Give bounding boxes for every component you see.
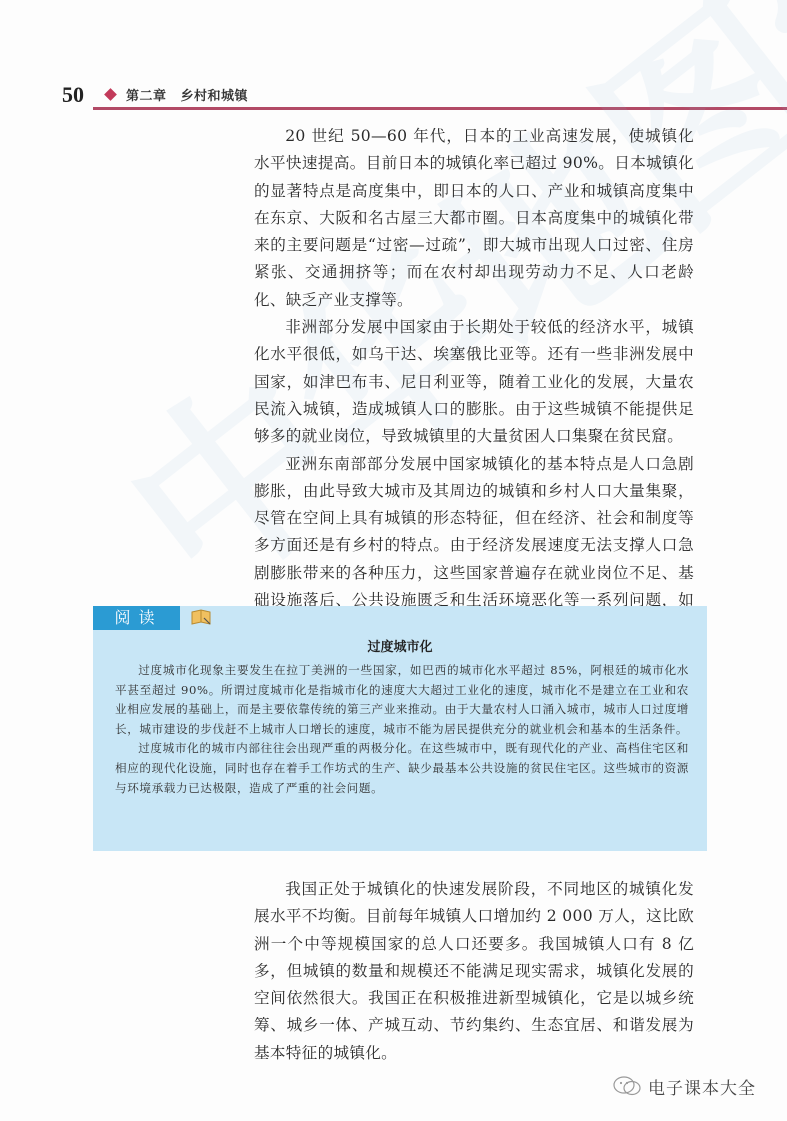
reading-title: 过度城市化: [93, 636, 707, 655]
book-icon: [191, 609, 211, 625]
paragraph-japan: 20 世纪 50—60 年代，日本的工业高速发展，使城镇化水平快速提高。目前日本…: [254, 123, 694, 314]
header-rule: [93, 107, 787, 110]
reading-paragraph: 过度城市化的城市内部往往会出现严重的两极分化。在这些城市中，既有现代化的产业、高…: [115, 739, 689, 798]
body-text: 20 世纪 50—60 年代，日本的工业高速发展，使城镇化水平快速提高。目前日本…: [254, 123, 694, 642]
page-header: 50 第二章乡村和城镇: [62, 80, 787, 112]
reading-box: 阅读 过度城市化 过度城市化现象主要发生在拉丁美洲的一些国家，如巴西的城市化水平…: [93, 606, 707, 851]
paragraph-china: 我国正处于城镇化的快速发展阶段，不同地区的城镇化发展水平不均衡。目前每年城镇人口…: [254, 876, 694, 1067]
footer-logo: 电子课本大全: [612, 1074, 756, 1098]
wechat-icon: [612, 1075, 642, 1097]
paragraph-africa: 非洲部分发展中国家由于长期处于较低的经济水平，城镇化水平很低，如乌干达、埃塞俄比…: [254, 314, 694, 450]
reading-body: 过度城市化现象主要发生在拉丁美洲的一些国家，如巴西的城市化水平超过 85%，阿根…: [115, 661, 689, 798]
body-text-closing: 我国正处于城镇化的快速发展阶段，不同地区的城镇化发展水平不均衡。目前每年城镇人口…: [254, 876, 694, 1067]
reading-tab: 阅读: [93, 606, 180, 630]
chapter-heading: 第二章乡村和城镇: [126, 85, 248, 104]
reading-paragraph: 过度城市化现象主要发生在拉丁美洲的一些国家，如巴西的城市化水平超过 85%，阿根…: [115, 661, 689, 739]
chapter-number: 第二章: [126, 89, 167, 104]
page-number: 50: [62, 82, 84, 108]
footer-label: 电子课本大全: [648, 1074, 756, 1099]
chapter-title: 乡村和城镇: [181, 89, 249, 104]
diamond-icon: [104, 88, 117, 101]
